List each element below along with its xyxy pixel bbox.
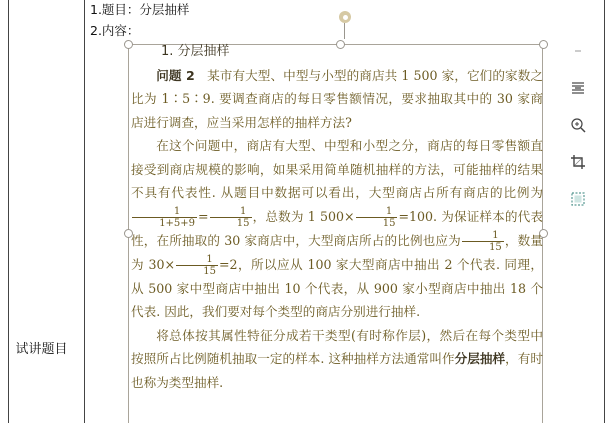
term-bold: 分层抽样 <box>455 351 506 366</box>
text-wrap-button[interactable] <box>567 77 589 99</box>
content-line: 2.内容： <box>90 21 139 39</box>
select-frame-button[interactable] <box>567 188 589 210</box>
problem-paragraph: 问题 2 某市有大型、中型与小型的商店共 1 500 家，它们的家数之比为 1∶… <box>131 64 543 135</box>
embedded-image-content: 1. 分层抽样 问题 2 某市有大型、中型与小型的商店共 1 500 家，它们的… <box>131 40 543 394</box>
fraction: 115 <box>210 206 252 229</box>
row-label: 试讲题目 <box>0 338 83 357</box>
fraction: 115 <box>176 254 218 277</box>
problem-lead: 问题 2 <box>156 68 195 83</box>
zoom-in-button[interactable] <box>567 114 589 136</box>
collapse-button[interactable] <box>567 40 589 62</box>
text-wrap-icon <box>570 80 586 96</box>
zoom-in-icon <box>570 117 586 133</box>
select-frame-icon <box>570 191 586 207</box>
fraction: 11+5+9 <box>132 206 197 229</box>
crop-button[interactable] <box>567 151 589 173</box>
minus-icon <box>572 45 584 57</box>
definition-paragraph: 将总体按其属性特征分成若干类型(有时称作层)，然后在每个类型中按照所占比例随机抽… <box>131 324 543 395</box>
table-border-mid <box>84 0 85 423</box>
section-title: 1. 分层抽样 <box>131 40 543 64</box>
crop-icon <box>570 154 586 170</box>
rotate-handle[interactable] <box>339 11 351 23</box>
table-border-left <box>8 0 9 423</box>
analysis-paragraph: 在这个问题中，商店有大型、中型和小型之分，商店的每日零售额直接受到商店规模的影响… <box>131 134 543 324</box>
image-toolbar <box>567 40 589 225</box>
title-line: 1.题目：分层抽样 <box>90 0 189 18</box>
rotate-stem <box>344 23 345 39</box>
analysis-text: 在这个问题中，商店有大型、中型和小型之分，商店的每日零售额直接受到商店规模的影响… <box>131 138 543 200</box>
fraction: 115 <box>356 206 398 229</box>
fraction: 115 <box>462 230 504 253</box>
table-border-right <box>604 0 605 423</box>
